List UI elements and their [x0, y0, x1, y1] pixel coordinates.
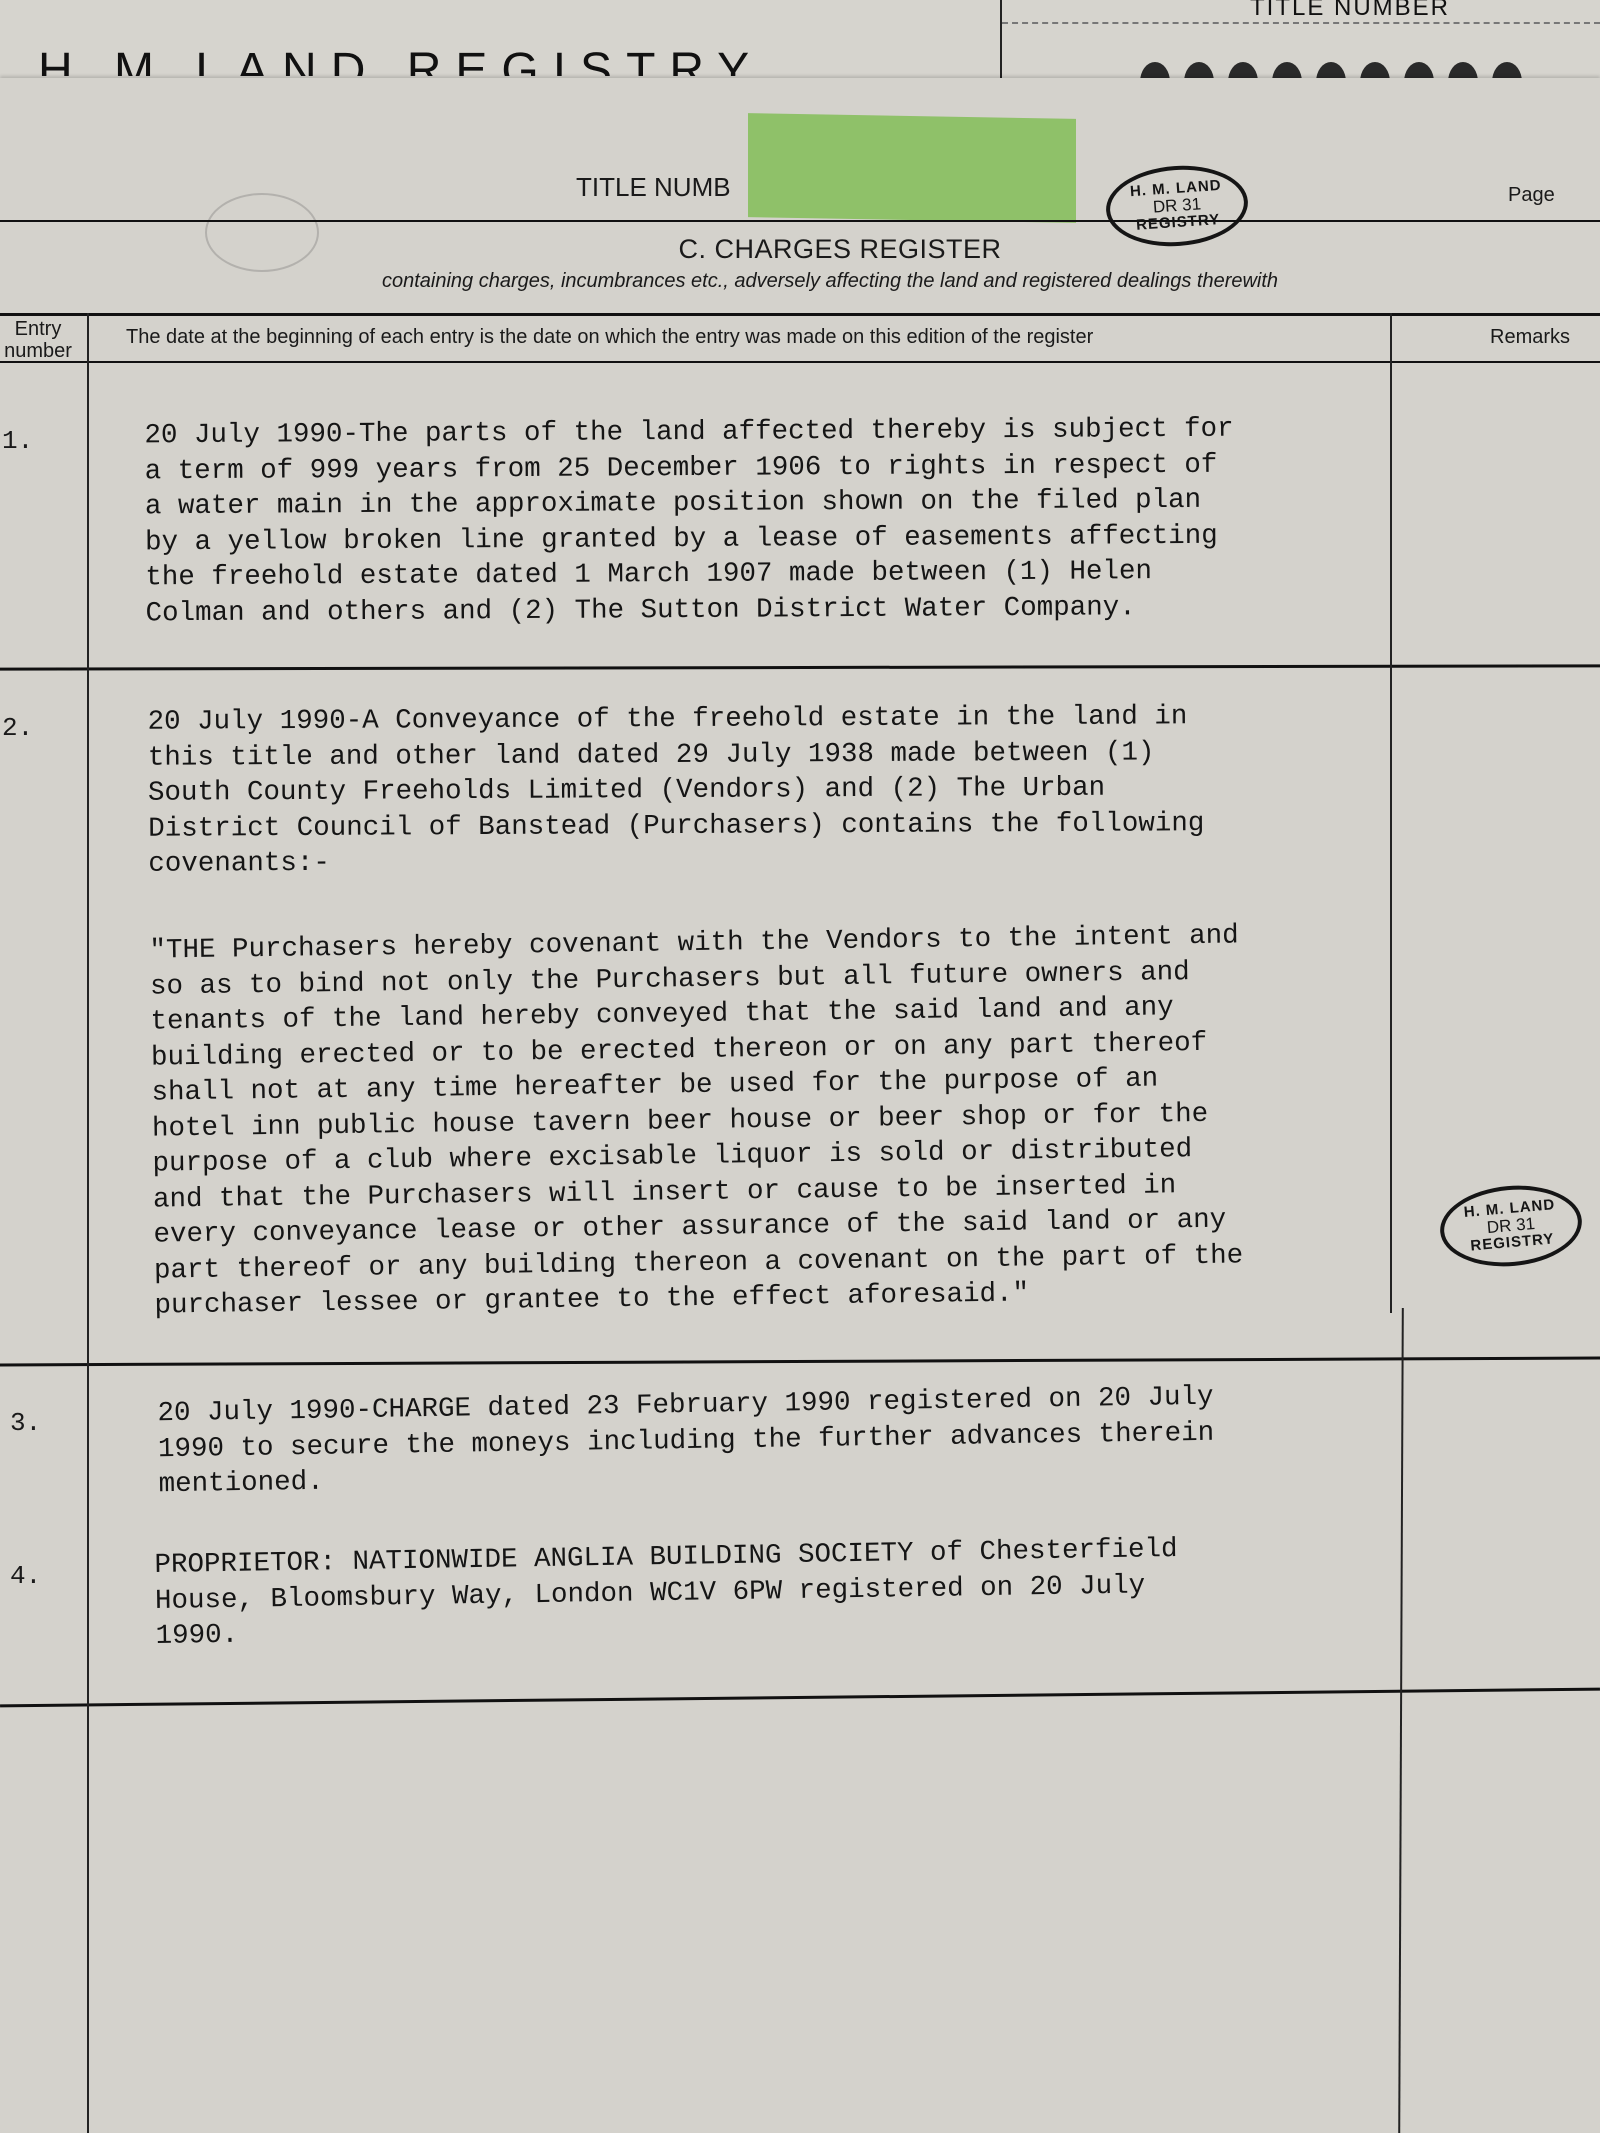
entry-divider-3: [0, 1688, 1600, 1708]
title-number-redaction: [748, 113, 1076, 223]
column-header-entry-number: Entry number: [2, 318, 74, 362]
table-header-rule: [0, 361, 1600, 363]
table-top-rule: [0, 313, 1600, 316]
underlying-page: H M LAND REGISTRY TITLE NUMBER: [0, 0, 1600, 80]
header-rule: [0, 220, 1600, 222]
underlying-divider: [1000, 0, 1002, 78]
entry-number: 1.: [2, 426, 33, 456]
title-number-label: TITLE NUMB: [576, 172, 731, 203]
entry-text: 20 July 1990-A Conveyance of the freehol…: [148, 699, 1205, 882]
column-header-entry-text: The date at the beginning of each entry …: [126, 326, 1093, 349]
underlying-title-number-label: TITLE NUMBER: [1250, 0, 1450, 22]
entry-text: 20 July 1990-The parts of the land affec…: [144, 412, 1234, 632]
page-label: Page: [1508, 184, 1555, 207]
underlying-heading: H M LAND REGISTRY: [38, 36, 763, 76]
entry-text: 20 July 1990-CHARGE dated 23 February 19…: [157, 1380, 1215, 1503]
entry-number: 3.: [10, 1408, 41, 1438]
stamp-line-3: REGISTRY: [1470, 1231, 1555, 1254]
entry-number: 2.: [2, 713, 33, 743]
column-header-entry-line2: number: [2, 340, 74, 362]
charges-register-sheet: TITLE NUMB H. M. LAND DR 31 REGISTRY Pag…: [0, 78, 1600, 2133]
land-registry-stamp-icon: H. M. LAND DR 31 REGISTRY: [1437, 1180, 1585, 1272]
entry-number: 4.: [10, 1561, 41, 1591]
entry-divider-1: [0, 664, 1600, 670]
column-header-remarks: Remarks: [1490, 326, 1570, 349]
entry-divider-2: [0, 1357, 1600, 1367]
column-header-entry-line1: Entry: [2, 318, 74, 340]
entry-column-divider: [87, 313, 89, 2133]
underlying-dotted-line: [1002, 22, 1600, 24]
register-title: C. CHARGES REGISTER: [0, 234, 1600, 265]
entry-text: PROPRIETOR: NATIONWIDE ANGLIA BUILDING S…: [154, 1532, 1179, 1655]
register-subtitle: containing charges, incumbrances etc., a…: [0, 270, 1600, 293]
entry-quoted-covenant: "THE Purchasers hereby covenant with the…: [149, 918, 1244, 1324]
remarks-column-divider-upper: [1390, 313, 1392, 1313]
remarks-column-divider-lower: [1398, 1308, 1404, 2133]
stamp-line-3: REGISTRY: [1136, 212, 1221, 234]
